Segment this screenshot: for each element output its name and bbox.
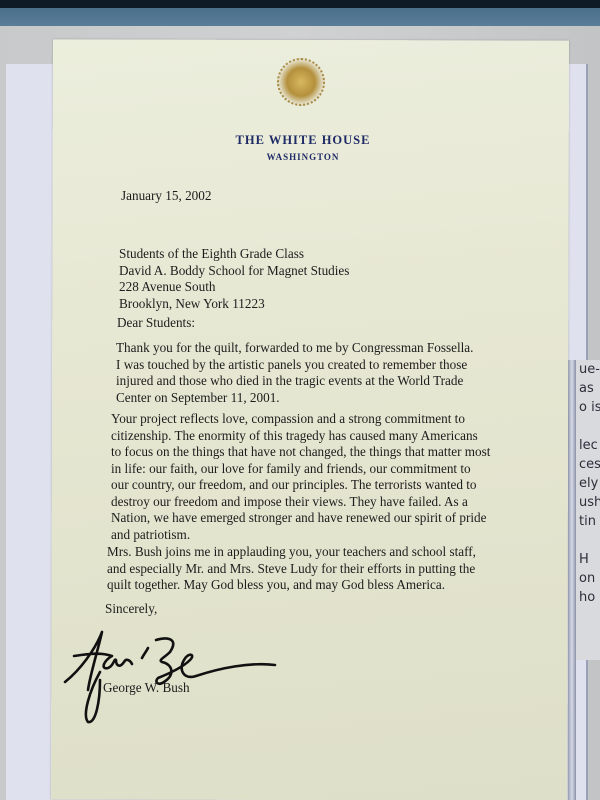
signed-name: George W. Bush: [103, 680, 190, 697]
background-text-fragment: on: [579, 569, 600, 588]
paragraph-2: Your project reflects love, compassion a…: [111, 411, 490, 543]
background-text-fragment: H: [579, 550, 600, 569]
signature: [60, 620, 290, 730]
background-text-fragment: tin: [579, 512, 600, 531]
background-text-fragment: as: [579, 379, 600, 398]
address-line: David A. Boddy School for Magnet Studies: [119, 263, 349, 280]
background-document: ue-aso is lecceselyushtin Honho: [575, 360, 600, 660]
frame-border: [0, 8, 600, 28]
letterhead-subtitle: WASHINGTON: [0, 152, 600, 162]
background-text-fragment: ely: [579, 474, 600, 493]
text-line: Nation, we have emerged stronger and hav…: [111, 510, 490, 527]
text-line: our country, our freedom, and our princi…: [111, 477, 490, 494]
text-line: quilt together. May God bless you, and m…: [107, 577, 476, 594]
text-line: I was touched by the artistic panels you…: [116, 357, 473, 374]
closing: Sincerely,: [105, 601, 157, 618]
background-text-fragment: o is: [579, 398, 600, 417]
text-line: injured and those who died in the tragic…: [116, 373, 473, 390]
background-text-fragment: ces: [579, 455, 600, 474]
paragraph-3: Mrs. Bush joins me in applauding you, yo…: [107, 544, 476, 594]
letter-date: January 15, 2002: [121, 188, 211, 205]
sleeve-edge: [568, 360, 576, 800]
salutation: Dear Students:: [117, 315, 195, 332]
text-line: to focus on the things that have not cha…: [111, 444, 490, 461]
text-line: Mrs. Bush joins me in applauding you, yo…: [107, 544, 476, 561]
background-text-fragment: ue-: [579, 360, 600, 379]
background-text-fragment: lec: [579, 436, 600, 455]
text-line: Center on September 11, 2001.: [116, 390, 473, 407]
text-line: destroy our freedom and impose their vie…: [111, 494, 490, 511]
text-line: and patriotism.: [111, 527, 490, 544]
address-line: 228 Avenue South: [119, 279, 349, 296]
text-line: in life: our faith, our love for family …: [111, 461, 490, 478]
address-line: Brooklyn, New York 11223: [119, 296, 349, 313]
background-text-fragment: [579, 417, 600, 436]
text-line: Your project reflects love, compassion a…: [111, 411, 490, 428]
presidential-seal-icon: [277, 58, 325, 106]
text-line: Thank you for the quilt, forwarded to me…: [116, 340, 473, 357]
background-text-fragment: ho: [579, 588, 600, 607]
recipient-address: Students of the Eighth Grade Class David…: [119, 246, 349, 312]
text-line: and especially Mr. and Mrs. Steve Ludy f…: [107, 561, 476, 578]
background-text-fragment: [579, 531, 600, 550]
address-line: Students of the Eighth Grade Class: [119, 246, 349, 263]
letterhead-title: THE WHITE HOUSE: [0, 133, 600, 148]
background-text-fragment: ush: [579, 493, 600, 512]
text-line: citizenship. The enormity of this traged…: [111, 428, 490, 445]
paragraph-1: Thank you for the quilt, forwarded to me…: [116, 340, 473, 406]
